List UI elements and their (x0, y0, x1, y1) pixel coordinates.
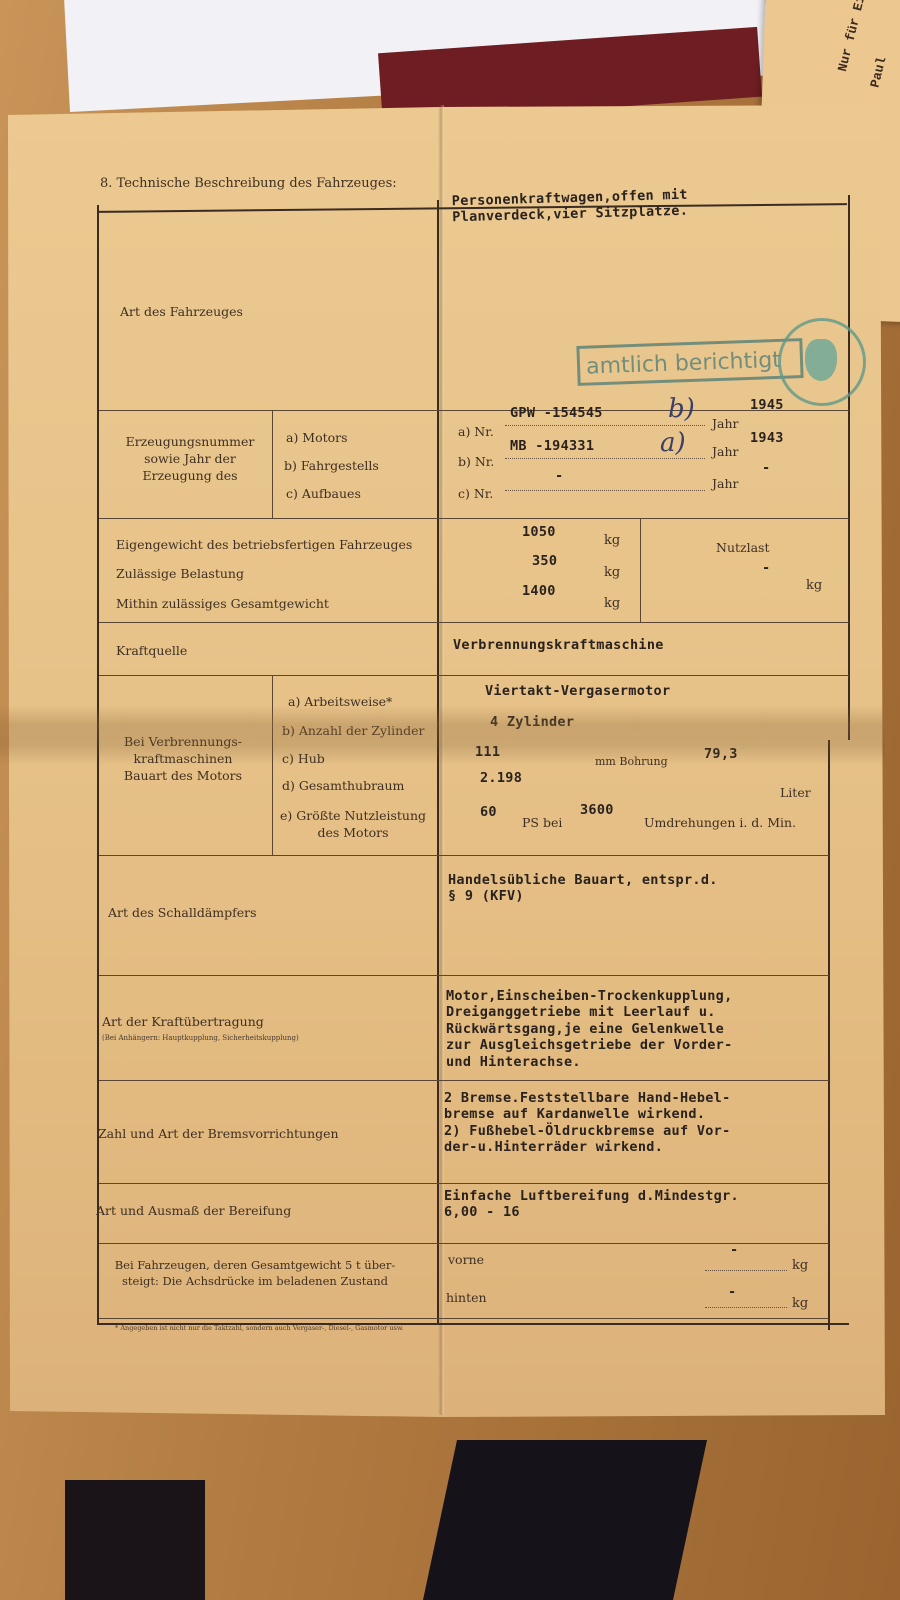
label-motors: a) Motors (286, 430, 348, 447)
value-gesamtgewicht: 1400 (522, 583, 556, 599)
value-ps: 60 (480, 804, 497, 820)
unit-kg: kg (604, 596, 620, 611)
row-divider (99, 675, 849, 676)
label-nr-a: a) Nr. (458, 424, 494, 441)
label-kraftquelle: Kraftquelle (116, 643, 187, 660)
value-nr-a: GPW -154545 (510, 405, 603, 421)
label-schalldaempfer: Art des Schalldämpfers (108, 905, 257, 922)
label-jahr: Jahr (712, 476, 739, 493)
value-nutzlast: - (762, 560, 770, 576)
row-divider (99, 1318, 829, 1319)
label-gesamtgewicht: Mithin zulässiges Gesamtgewicht (116, 596, 329, 613)
sub-divider (272, 410, 273, 518)
row-divider (99, 1183, 829, 1184)
label-nr-c: c) Nr. (458, 486, 493, 503)
label-bremsen: Zahl und Art der Bremsvorrichtungen (98, 1126, 339, 1143)
sub-divider (272, 675, 273, 855)
right-border (828, 740, 830, 1330)
label-liter: Liter (780, 785, 811, 802)
fill-line (505, 425, 705, 426)
value-arbeitsweise: Viertakt-Vergasermotor (485, 683, 670, 699)
unit-kg: kg (604, 533, 620, 548)
row-divider (99, 1243, 829, 1244)
label-bereifung: Art und Ausmaß der Bereifung (96, 1203, 291, 1220)
unit-kg: kg (792, 1296, 808, 1311)
value-eigengewicht: 1050 (522, 524, 556, 540)
value-vorne: - (730, 1242, 738, 1258)
official-seal (778, 318, 866, 406)
row-divider (99, 622, 849, 623)
label-jahr: Jahr (712, 416, 739, 433)
value-kraftuebertragung: Motor,Einscheiben-Trockenkupplung, Dreig… (446, 988, 733, 1070)
label-nutzlast: Nutzlast (716, 540, 770, 557)
sublabel-kraftuebertragung: (Bei Anhängern: Hauptkupplung, Sicherhei… (102, 1034, 299, 1043)
label-hinten: hinten (446, 1290, 487, 1307)
eagle-icon (805, 339, 837, 381)
value-hinten: - (728, 1284, 736, 1300)
handwritten-b: b) (668, 394, 695, 424)
dark-object (65, 1480, 205, 1600)
label-achsdruck: Bei Fahrzeugen, deren Gesamtgewicht 5 t … (90, 1258, 420, 1289)
fold-crease (0, 705, 885, 765)
value-art-fahrzeug: Personenkraftwagen,offen mit Planverdeck… (452, 187, 689, 227)
value-jahr-b: 1943 (750, 430, 784, 446)
row-divider (99, 855, 829, 856)
value-bereifung: Einfache Luftbereifung d.Mindestgr. 6,00… (444, 1188, 739, 1221)
row-divider (99, 1080, 829, 1081)
handwritten-a: a) (660, 428, 686, 458)
right-border (848, 195, 850, 740)
side-text: Nur für Eintrag (835, 0, 878, 73)
label-aufbaues: c) Aufbaues (286, 486, 361, 503)
label-fahrgestells: b) Fahrgestells (284, 458, 379, 475)
fill-line (505, 490, 705, 491)
fill-line (705, 1307, 787, 1308)
label-vorne: vorne (448, 1252, 484, 1269)
label-kraftuebertragung: Art der Kraftübertragung (102, 1014, 264, 1031)
label-belastung: Zulässige Belastung (116, 566, 244, 583)
value-rpm: 3600 (580, 802, 614, 818)
value-gesamthubraum: 2.198 (480, 770, 522, 786)
label-eigengewicht: Eigengewicht des betriebsfertigen Fahrze… (116, 537, 412, 554)
label-art-fahrzeug: Art des Fahrzeuges (120, 304, 243, 321)
value-belastung: 350 (532, 553, 557, 569)
dark-object (423, 1440, 707, 1600)
value-schalldaempfer: Handelsübliche Bauart, entspr.d. § 9 (KF… (448, 872, 718, 905)
section-title: 8. Technische Beschreibung des Fahrzeuge… (100, 176, 397, 191)
value-nr-c: - (555, 468, 563, 484)
value-bremsen: 2 Bremse.Feststellbare Hand-Hebel- brems… (444, 1090, 731, 1156)
fill-line (705, 1270, 787, 1271)
sub-divider (640, 518, 641, 622)
value-jahr-c: - (762, 460, 770, 476)
value-jahr-a: 1945 (750, 397, 784, 413)
value-kraftquelle: Verbrennungskraftmaschine (453, 637, 664, 653)
unit-kg: kg (604, 565, 620, 580)
label-ps-bei: PS bei (522, 815, 562, 832)
value-nr-b: MB -194331 (510, 438, 594, 454)
row-divider (99, 410, 849, 411)
label-nr-b: b) Nr. (458, 454, 494, 471)
label-jahr: Jahr (712, 444, 739, 461)
side-text: Paul (867, 55, 889, 89)
row-divider (99, 518, 849, 519)
label-gesamthubraum: d) Gesamthubraum (282, 778, 404, 795)
label-umdrehungen: Umdrehungen i. d. Min. (644, 815, 796, 832)
footnote: * Angegeben ist nicht nur die Taktzahl, … (115, 1324, 404, 1332)
label-nutzleistung: e) Größte Nutzleistung des Motors (280, 808, 426, 842)
label-erzeugungsnummer: Erzeugungsnummer sowie Jahr der Erzeugun… (115, 434, 265, 485)
fill-line (505, 458, 705, 459)
row-divider (99, 975, 829, 976)
unit-kg: kg (792, 1258, 808, 1273)
stamp-amtlich: amtlich berichtigt (576, 338, 803, 386)
unit-kg: kg (806, 578, 822, 593)
